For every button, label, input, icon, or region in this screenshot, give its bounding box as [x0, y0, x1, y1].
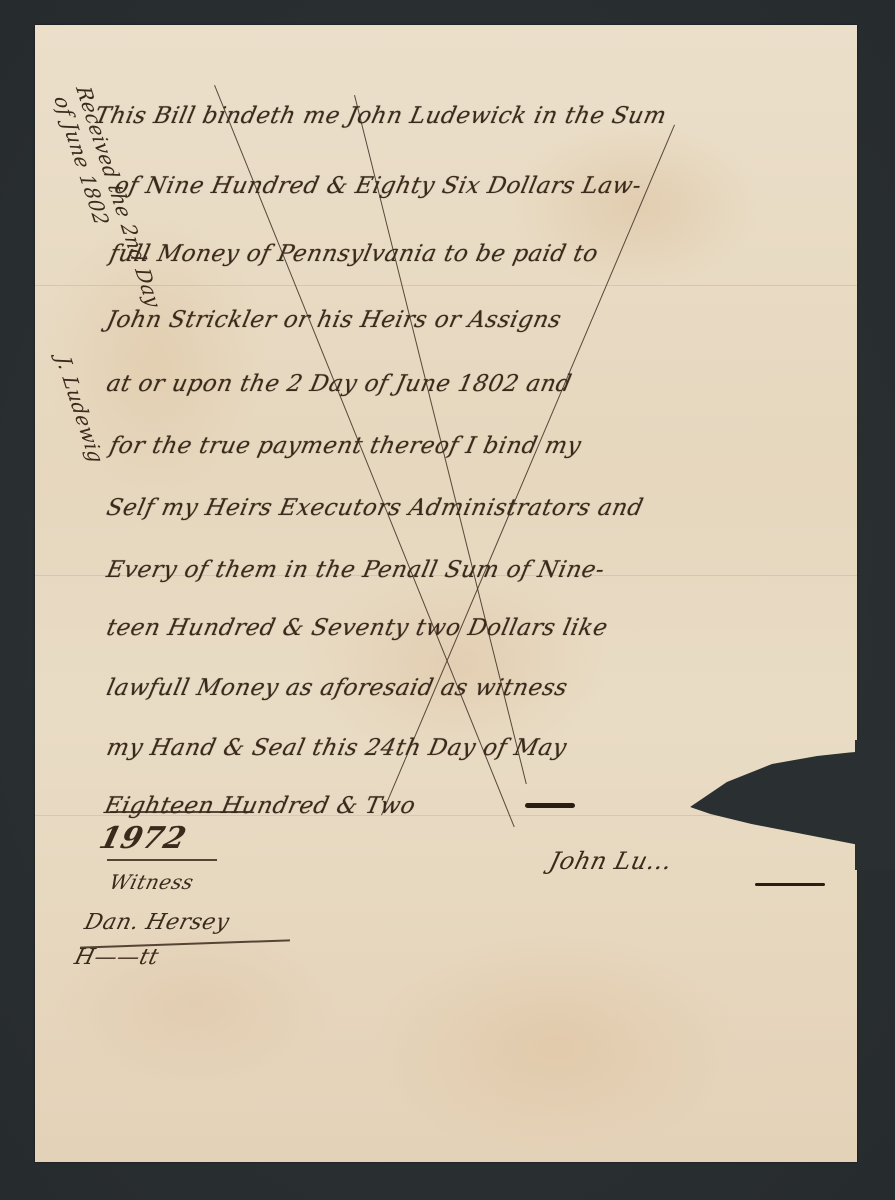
cancellation-stroke: [381, 124, 675, 815]
body-line: John Strickler or his Heirs or Assigns: [104, 307, 564, 333]
body-line: of Nine Hundred & Eighty Six Dollars Law…: [112, 173, 644, 199]
body-line: my Hand & Seal this 24th Day of May: [104, 735, 569, 761]
body-line: Eighteen Hundred & Two: [102, 793, 418, 819]
body-line: full Money of Pennsylvania to be paid to: [107, 241, 600, 267]
margin-note: J. Ludewig: [51, 355, 110, 464]
witness-name: Dan. Hersey: [82, 910, 232, 935]
body-line: lawfull Money as aforesaid as witness: [104, 675, 570, 701]
body-line: This Bill bindeth me John Ludewick in th…: [92, 103, 669, 129]
body-line: Self my Heirs Executors Administrators a…: [104, 495, 645, 521]
rule-line: [107, 859, 217, 861]
body-line: teen Hundred & Seventy two Dollars like: [104, 615, 610, 641]
rule-line: [110, 811, 250, 813]
body-line: at or upon the 2 Day of June 1802 and: [104, 371, 574, 397]
document-paper: This Bill bindeth me John Ludewick in th…: [35, 25, 857, 1162]
bond-number: 1972: [96, 821, 190, 856]
witness-label: Witness: [107, 870, 196, 894]
body-line: for the true payment thereof I bind my: [107, 433, 583, 459]
closing-dash: [525, 803, 575, 808]
witness-flourish: H——tt: [72, 945, 162, 970]
torn-edge: [855, 740, 895, 870]
body-line: Every of them in the Penall Sum of Nine-: [104, 557, 607, 583]
signature: John Lu...: [547, 847, 676, 875]
signature-flourish: [755, 883, 825, 886]
